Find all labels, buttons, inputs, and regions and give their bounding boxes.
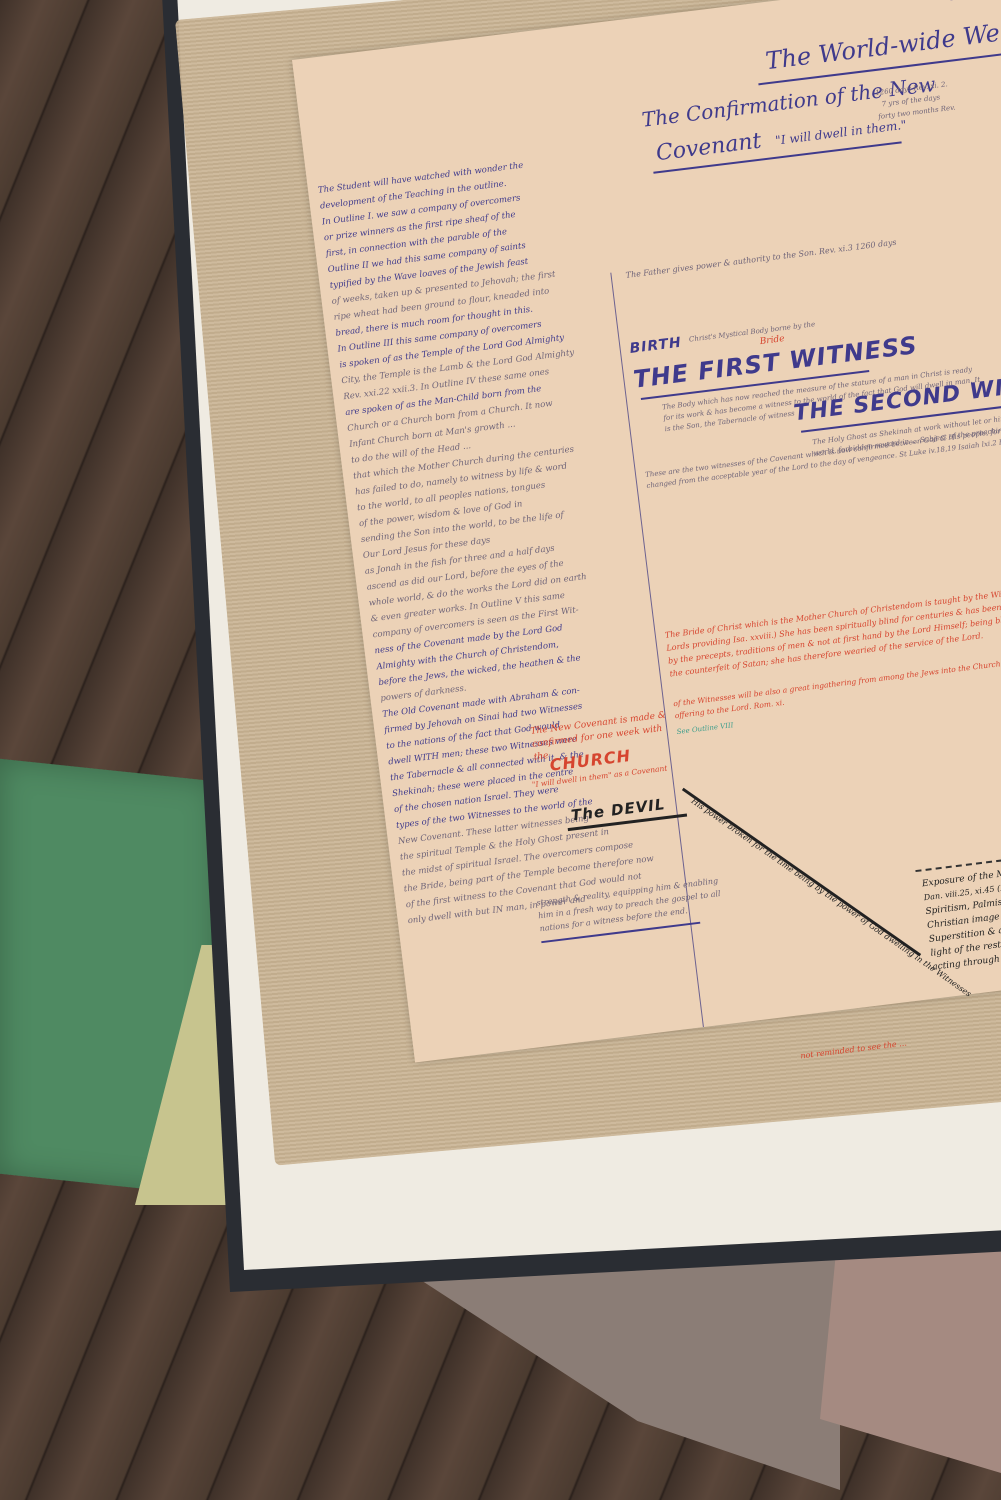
birth-note: Christ's Mystical Body borne by the (689, 320, 816, 343)
see-outline-note: See Outline VIII (676, 721, 734, 736)
chart-title: The World-wide Week (764, 15, 1001, 75)
father-note: The Father gives power & authority to th… (625, 238, 897, 280)
chart-numeral: V (936, 0, 965, 11)
bride-word: Bride (759, 334, 785, 347)
exposure-note: Exposure of the Moslem Papacy Dan. viii.… (921, 857, 1001, 975)
birth-label: BIRTH (629, 335, 683, 357)
chart-sheet: V The World-wide Week The Confirmation o… (292, 0, 1001, 1062)
exposure-dashed-line (915, 838, 1001, 872)
